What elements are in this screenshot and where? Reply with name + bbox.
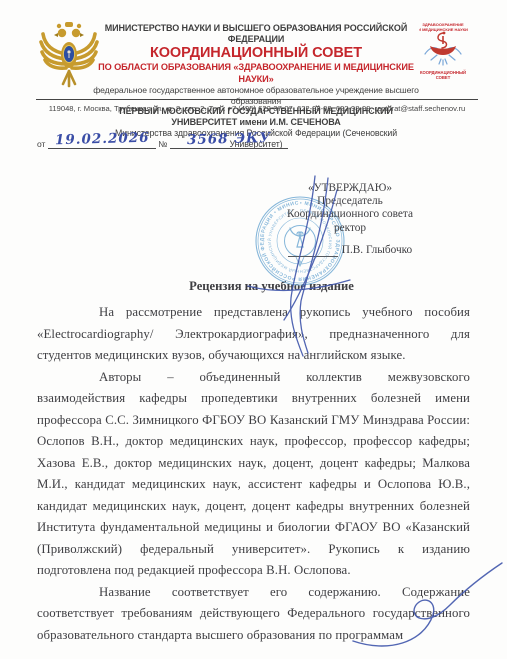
signature-line	[288, 246, 338, 257]
council-title: КООРДИНАЦИОННЫЙ СОВЕТ	[88, 45, 424, 61]
paragraph-2: Авторы – объединенный коллектив межвузов…	[37, 367, 470, 582]
paragraph-1: На рассмотрение представлена рукопись уч…	[37, 302, 470, 367]
approver-name: П.В. Глыбочко	[342, 244, 412, 257]
council-scope: ПО ОБЛАСТИ ОБРАЗОВАНИЯ «ЗДРАВООХРАНЕНИЕ …	[88, 61, 424, 85]
number-label: №	[158, 139, 167, 149]
paragraph-3: Название соответствует его содержанию. С…	[37, 582, 470, 647]
ministry-line: МИНИСТЕРСТВО НАУКИ И ВЫСШЕГО ОБРАЗОВАНИЯ…	[88, 23, 424, 45]
council-bowl-snake-emblem: ЗДРАВООХРАНЕНИЕ И МЕДИЦИНСКИЕ НАУКИ КООР…	[419, 20, 501, 84]
handwritten-number: 3568 ЭКУ	[186, 130, 271, 148]
approver-role-3: ректор	[281, 222, 419, 235]
review-body: На рассмотрение представлена рукопись уч…	[37, 302, 470, 646]
scanned-review-document: ЗДРАВООХРАНЕНИЕ И МЕДИЦИНСКИЕ НАУКИ КООР…	[0, 0, 507, 659]
approve-word: «УТВЕРЖДАЮ»	[281, 182, 419, 195]
approver-role-1: Председатель	[281, 195, 419, 208]
approval-block: «УТВЕРЖДАЮ» Председатель Координационног…	[281, 182, 419, 257]
from-label: от	[37, 139, 45, 149]
date-slot: 19.02.2026	[48, 131, 156, 149]
header-divider	[36, 99, 478, 100]
reference-line: от 19.02.2026 № 3568 ЭКУ	[37, 131, 288, 149]
address-line: 119048, г. Москва, Трубецкая ул., д. 8, …	[36, 104, 478, 113]
right-emblem-top-line2: И МЕДИЦИНСКИЕ НАУКИ	[419, 27, 468, 32]
handwritten-date: 19.02.2026	[54, 130, 149, 148]
right-emblem-bottom-line2: СОВЕТ	[436, 75, 451, 80]
number-slot: 3568 ЭКУ	[170, 131, 288, 149]
org-type-line: федеральное государственное автономное о…	[88, 85, 424, 106]
approver-role-2: Координационного совета	[281, 208, 419, 221]
